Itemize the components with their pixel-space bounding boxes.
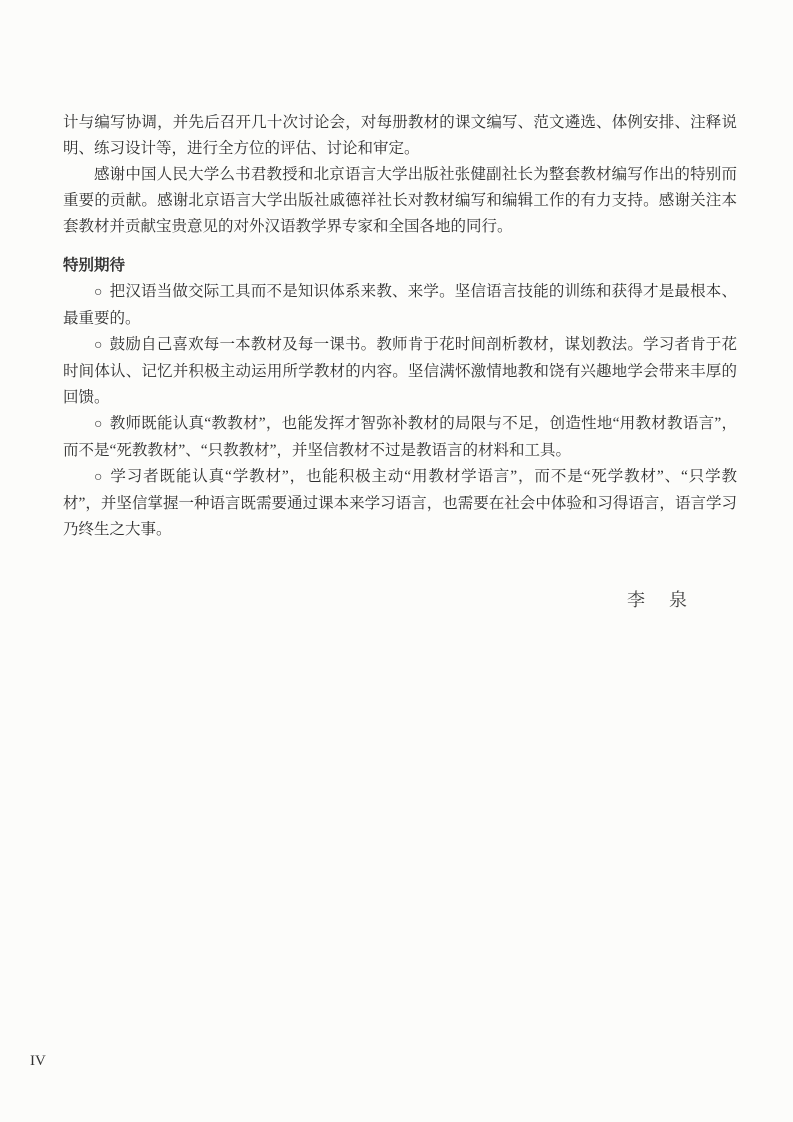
- page-number: IV: [30, 1053, 46, 1070]
- section-heading: 特别期待: [63, 253, 737, 279]
- document-page: 计与编写协调，并先后召开几十次讨论会，对每册教材的课文编写、范文遴选、体例安排、…: [0, 0, 793, 1122]
- circle-bullet-icon: ○: [94, 417, 103, 432]
- bullet-item: ○教师既能认真“教教材”，也能发挥才智弥补教材的局限与不足，创造性地“用教材教语…: [63, 411, 737, 464]
- bullet-text: 教师既能认真“教教材”，也能发挥才智弥补教材的局限与不足，创造性地“用教材教语言…: [63, 415, 737, 459]
- bullet-item: ○鼓励自己喜欢每一本教材及每一课书。教师肯于花时间剖析教材，谋划教法。学习者肯于…: [63, 332, 737, 411]
- bullet-item: ○学习者既能认真“学教材”，也能积极主动“用教材学语言”，而不是“死学教材”、“…: [63, 464, 737, 543]
- circle-bullet-icon: ○: [94, 338, 103, 353]
- paragraph-acknowledgements: 感谢中国人民大学么书君教授和北京语言大学出版社张健副社长为整套教材编写作出的特别…: [63, 162, 737, 240]
- bullet-text: 鼓励自己喜欢每一本教材及每一课书。教师肯于花时间剖析教材，谋划教法。学习者肯于花…: [63, 336, 737, 406]
- circle-bullet-icon: ○: [94, 470, 103, 485]
- bullet-text: 把汉语当做交际工具而不是知识体系来教、来学。坚信语言技能的训练和获得才是最根本、…: [63, 283, 737, 327]
- author-signature: 李 泉: [627, 586, 690, 612]
- page-body-text: 计与编写协调，并先后召开几十次讨论会，对每册教材的课文编写、范文遴选、体例安排、…: [63, 110, 737, 543]
- bullet-text: 学习者既能认真“学教材”，也能积极主动“用教材学语言”，而不是“死学教材”、“只…: [63, 468, 737, 538]
- bullet-item: ○把汉语当做交际工具而不是知识体系来教、来学。坚信语言技能的训练和获得才是最根本…: [63, 279, 737, 332]
- circle-bullet-icon: ○: [94, 285, 103, 300]
- paragraph-continuation: 计与编写协调，并先后召开几十次讨论会，对每册教材的课文编写、范文遴选、体例安排、…: [63, 110, 737, 162]
